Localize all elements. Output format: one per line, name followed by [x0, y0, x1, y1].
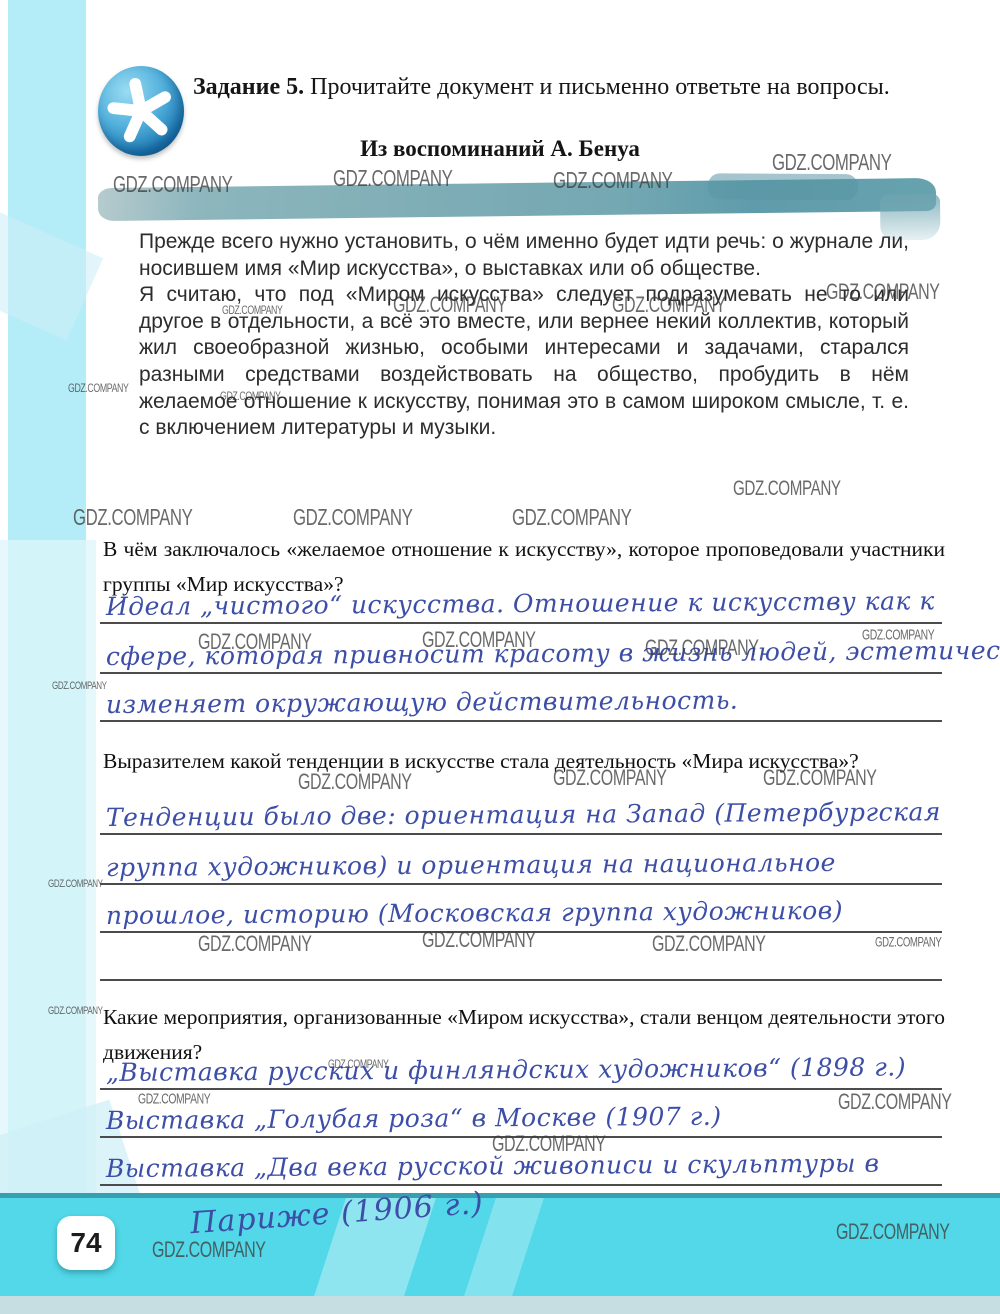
- answer-line: изменяет окружающую действительность.: [100, 680, 942, 722]
- answer-line: сфере, которая привносит красоту в жизнь…: [100, 632, 942, 674]
- answer-line: прошлое, историю (Московская группа худо…: [100, 891, 942, 933]
- handwritten-answer: прошлое, историю (Московская группа худо…: [106, 896, 843, 930]
- answer-line: Выставка „Голубая роза“ в Москве (1907 г…: [100, 1096, 942, 1138]
- handwritten-answer: „Выставка русских и финляндских художник…: [106, 1052, 906, 1087]
- watermark: GDZ.COMPANY: [733, 477, 841, 502]
- task-instruction: Прочитайте документ и письменно ответьте…: [310, 74, 890, 100]
- document-paragraph: Я считаю, что под «Миром искусства» след…: [139, 282, 909, 442]
- handwritten-answer: Тенденции было две: ориентация на Запад …: [106, 797, 941, 832]
- answer-line: Идеал „чистого“ искусства. Отношение к и…: [100, 582, 942, 624]
- page-number: 74: [70, 1227, 101, 1259]
- page-number-badge: 74: [57, 1216, 115, 1270]
- answer-line: группа художников) и ориентация на нацио…: [100, 843, 942, 885]
- watermark: GDZ.COMPANY: [73, 505, 192, 532]
- teal-brush-stroke: [98, 178, 936, 221]
- bottom-edge-strip: [0, 1296, 1000, 1314]
- document-excerpt: Прежде всего нужно установить, о чём име…: [139, 229, 909, 442]
- answer-line: „Выставка русских и финляндских художник…: [100, 1048, 942, 1090]
- watermark: GDZ.COMPANY: [293, 505, 412, 532]
- handwritten-answer: группа художников) и ориентация на нацио…: [106, 848, 836, 882]
- document-title: Из воспоминаний А. Бенуа: [150, 136, 850, 162]
- question-2-text: Выразителем какой тенденции в искусстве …: [103, 744, 945, 779]
- handwritten-answer: изменяет окружающую действительность.: [106, 686, 739, 719]
- document-paragraph: Прежде всего нужно установить, о чём име…: [139, 229, 909, 282]
- handwritten-answer: Выставка „Голубая роза“ в Москве (1907 г…: [106, 1102, 722, 1135]
- answer-line-empty: [100, 939, 942, 981]
- handwritten-answer: сфере, которая привносит красоту в жизнь…: [106, 636, 1000, 671]
- left-pale-stripe: [0, 540, 96, 1195]
- handwritten-answer: Выставка „Два века русской живописи и ск…: [106, 1149, 880, 1183]
- task-header: Задание 5. Прочитайте документ и письмен…: [193, 70, 925, 105]
- handwritten-answer: Идеал „чистого“ искусства. Отношение к и…: [106, 586, 935, 621]
- answer-line: Тенденции было две: ориентация на Запад …: [100, 793, 942, 835]
- task-label: Задание 5.: [193, 74, 304, 100]
- answer-line: Выставка „Два века русской живописи и ск…: [100, 1144, 942, 1186]
- watermark: GDZ.COMPANY: [512, 505, 631, 532]
